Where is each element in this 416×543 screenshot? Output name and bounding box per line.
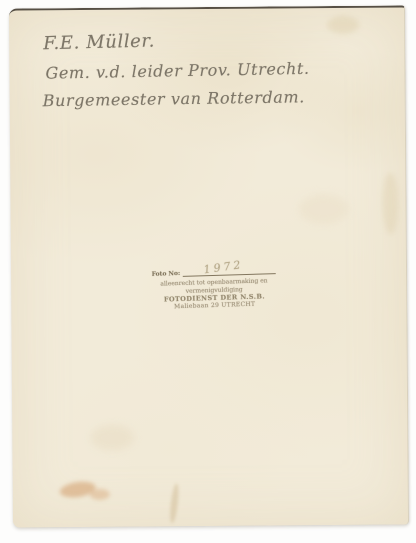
stain-lower-left-faint (90, 425, 134, 451)
photo-paper: F.E. Müller. Gem. v.d. leider Prov. Utre… (9, 5, 409, 527)
stain-right-edge (382, 173, 398, 235)
handwriting-title-line-2: Burgemeester van Rotterdam. (43, 87, 306, 110)
stain-bottom-left-large (59, 479, 97, 499)
stamp-foto-no-label: Foto No: (152, 270, 181, 278)
scanned-photo-verso: F.E. Müller. Gem. v.d. leider Prov. Utre… (0, 0, 416, 543)
stain-bottom-center-streak (169, 483, 181, 524)
photographer-stamp: Foto No: 1972 alleenrecht tot openbaarma… (152, 267, 277, 311)
stamp-foto-no-row: Foto No: 1972 (152, 267, 276, 278)
handwriting-name-line: F.E. Müller. (43, 30, 155, 54)
stain-middle-right-faint (298, 194, 348, 224)
stain-top-right (327, 16, 359, 34)
handwriting-title-line-1: Gem. v.d. leider Prov. Utrecht. (45, 59, 309, 83)
stain-bottom-left-small (90, 489, 110, 500)
